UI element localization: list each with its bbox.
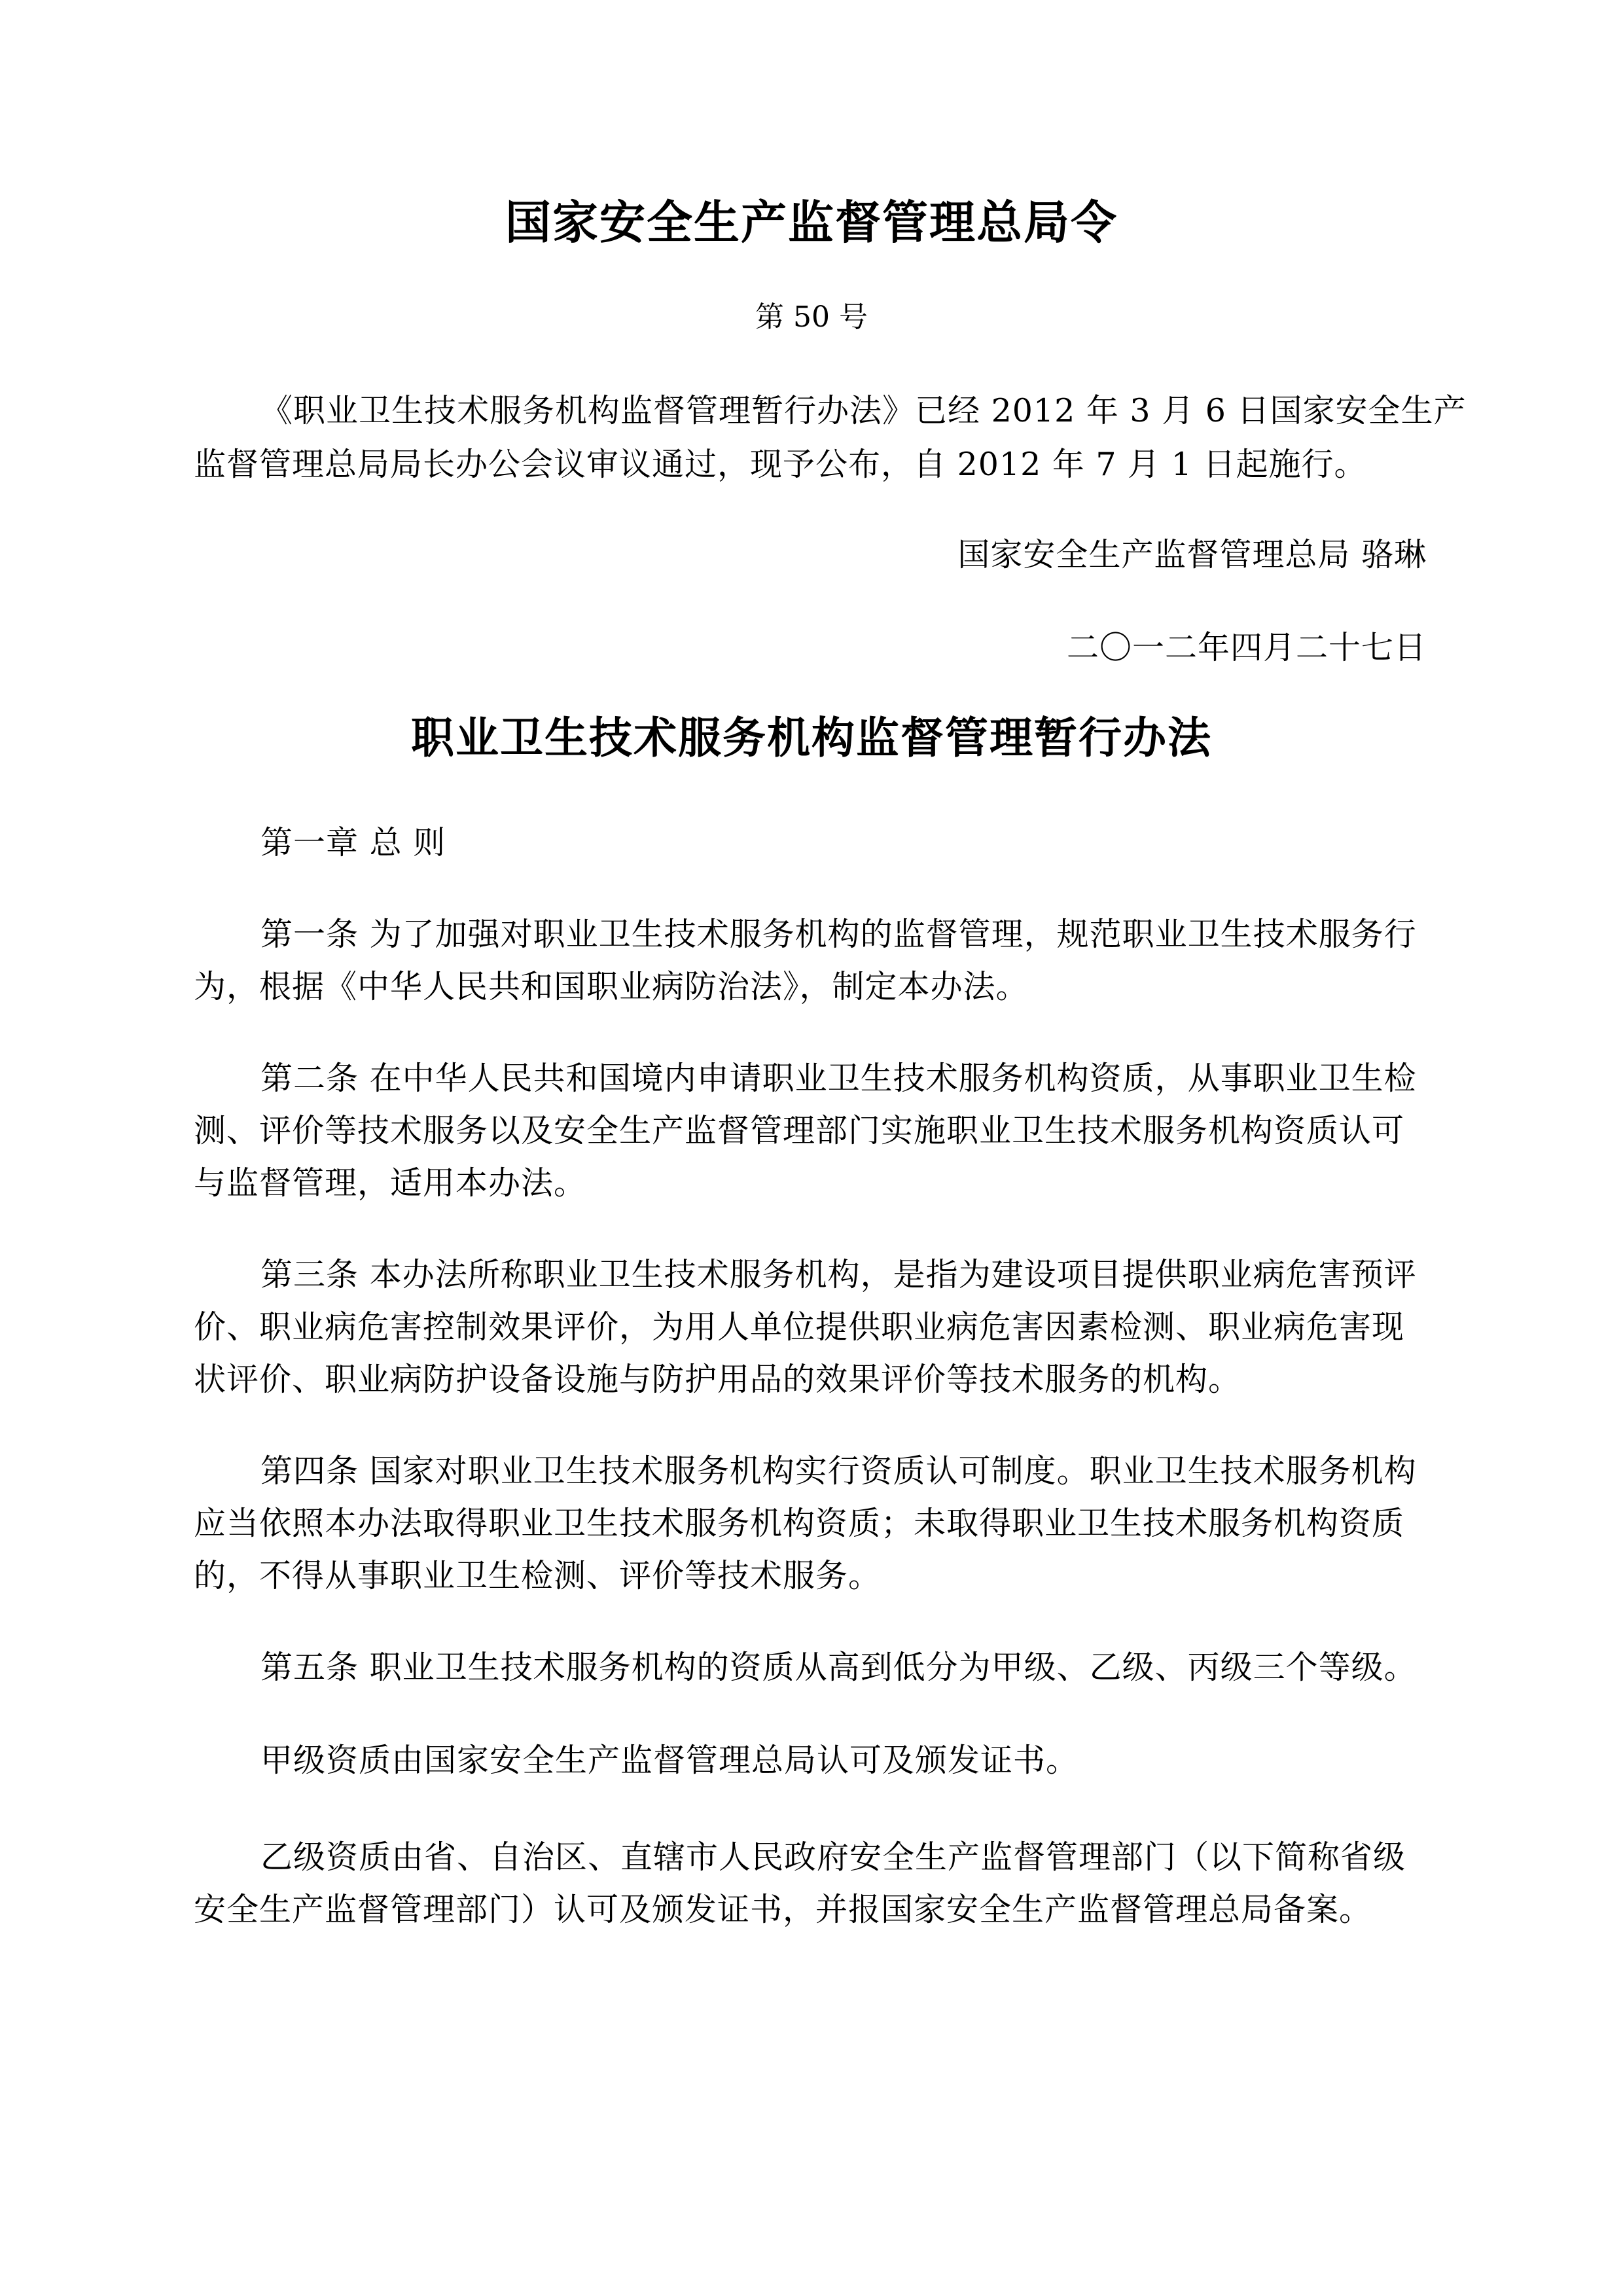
article-1-line-1: 第一条 为了加强对职业卫生技术服务机构的监督管理，规范职业卫生技术服务行 bbox=[260, 915, 1417, 954]
signing-date: 二〇一二年四月二十七日 bbox=[1067, 628, 1427, 668]
document-page: 国家安全生产监督管理总局令 第 50 号 《职业卫生技术服务机构监督管理暂行办法… bbox=[0, 0, 1623, 2296]
article-3-line-3: 状评价、职业病防护设备设施与防护用品的效果评价等技术服务的机构。 bbox=[194, 1360, 1241, 1399]
class-b-paragraph-line-1: 乙级资质由省、自治区、直辖市人民政府安全生产监督管理部门（以下简称省级 bbox=[260, 1838, 1406, 1877]
decree-title: 国家安全生产监督管理总局令 bbox=[0, 196, 1623, 249]
article-4-line-2: 应当依照本办法取得职业卫生技术服务机构资质；未取得职业卫生技术服务机构资质 bbox=[194, 1504, 1404, 1543]
article-2-line-2: 测、评价等技术服务以及安全生产监督管理部门实施职业卫生技术服务机构资质认可 bbox=[194, 1111, 1404, 1151]
article-3-line-1: 第三条 本办法所称职业卫生技术服务机构，是指为建设项目提供职业病危害预评 bbox=[260, 1255, 1417, 1295]
signature: 国家安全生产监督管理总局 骆琳 bbox=[957, 535, 1427, 575]
decree-number: 第 50 号 bbox=[0, 300, 1623, 335]
article-2-line-1: 第二条 在中华人民共和国境内申请职业卫生技术服务机构资质，从事职业卫生检 bbox=[260, 1059, 1417, 1098]
class-a-paragraph: 甲级资质由国家安全生产监督管理总局认可及颁发证书。 bbox=[260, 1741, 1079, 1780]
article-4-line-1: 第四条 国家对职业卫生技术服务机构实行资质认可制度。职业卫生技术服务机构 bbox=[260, 1452, 1417, 1491]
article-5-line-1: 第五条 职业卫生技术服务机构的资质从高到低分为甲级、乙级、丙级三个等级。 bbox=[260, 1648, 1417, 1687]
regulation-title: 职业卫生技术服务机构监督管理暂行办法 bbox=[0, 712, 1623, 764]
class-b-paragraph-line-2: 安全生产监督管理部门）认可及颁发证书，并报国家安全生产监督管理总局备案。 bbox=[194, 1890, 1372, 1929]
promulgation-line-1: 《职业卫生技术服务机构监督管理暂行办法》已经 2012 年 3 月 6 日国家安… bbox=[260, 391, 1467, 431]
chapter-heading: 第一章 总 则 bbox=[260, 823, 446, 863]
article-3-line-2: 价、职业病危害控制效果评价，为用人单位提供职业病危害因素检测、职业病危害现 bbox=[194, 1308, 1404, 1347]
promulgation-line-2: 监督管理总局局长办公会议审议通过，现予公布，自 2012 年 7 月 1 日起施… bbox=[194, 445, 1367, 484]
article-1-line-2: 为，根据《中华人民共和国职业病防治法》，制定本办法。 bbox=[194, 967, 1029, 1007]
article-2-line-3: 与监督管理，适用本办法。 bbox=[194, 1164, 586, 1203]
article-4-line-3: 的，不得从事职业卫生检测、评价等技术服务。 bbox=[194, 1556, 881, 1596]
